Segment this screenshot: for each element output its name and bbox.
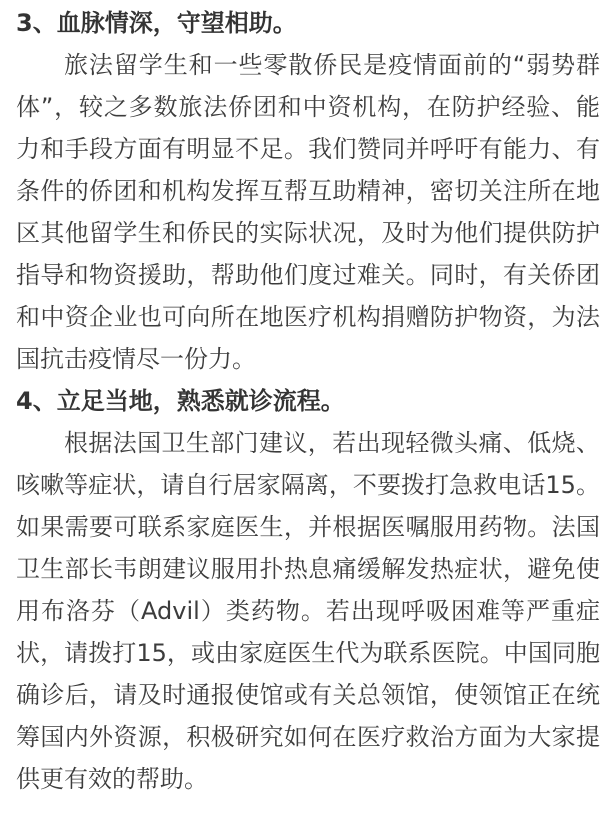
paragraph-line: 根据法国卫生部门建议，若出现轻微头痛、低烧、 (16, 422, 600, 464)
paragraph-line: 供更有效的帮助。 (16, 758, 600, 800)
paragraph-line: 如果需要可联系家庭医生，并根据医嘱服用药物。法国 (16, 506, 600, 548)
paragraph-line: 用布洛芬（Advil）类药物。若出现呼吸困难等严重症 (16, 590, 600, 632)
paragraph-line: 状，请拨打15，或由家庭医生代为联系医院。中国同胞 (16, 632, 600, 674)
article-body: 3、血脉情深，守望相助。 旅法留学生和一些零散侨民是疫情面前的“弱势群 体”，较… (0, 0, 615, 800)
paragraph-line: 和中资企业也可向所在地医疗机构捐赠防护物资，为法 (16, 296, 600, 338)
paragraph-line: 旅法留学生和一些零散侨民是疫情面前的“弱势群 (16, 44, 600, 86)
section-4-heading: 4、立足当地，熟悉就诊流程。 (16, 380, 600, 422)
paragraph-line: 条件的侨团和机构发挥互帮互助精神，密切关注所在地 (16, 170, 600, 212)
paragraph-line: 指导和物资援助，帮助他们度过难关。同时，有关侨团 (16, 254, 600, 296)
paragraph-line: 筹国内外资源，积极研究如何在医疗救治方面为大家提 (16, 716, 600, 758)
paragraph-line: 国抗击疫情尽一份力。 (16, 338, 600, 380)
paragraph-line: 确诊后，请及时通报使馆或有关总领馆，使领馆正在统 (16, 674, 600, 716)
paragraph-line: 区其他留学生和侨民的实际状况，及时为他们提供防护 (16, 212, 600, 254)
section-3-heading: 3、血脉情深，守望相助。 (16, 2, 600, 44)
paragraph-line: 体”，较之多数旅法侨团和中资机构，在防护经验、能 (16, 86, 600, 128)
paragraph-line: 力和手段方面有明显不足。我们赞同并呼吁有能力、有 (16, 128, 600, 170)
paragraph-line: 咳嗽等症状，请自行居家隔离，不要拨打急救电话15。 (16, 464, 600, 506)
paragraph-line: 卫生部长韦朗建议服用扑热息痛缓解发热症状，避免使 (16, 548, 600, 590)
